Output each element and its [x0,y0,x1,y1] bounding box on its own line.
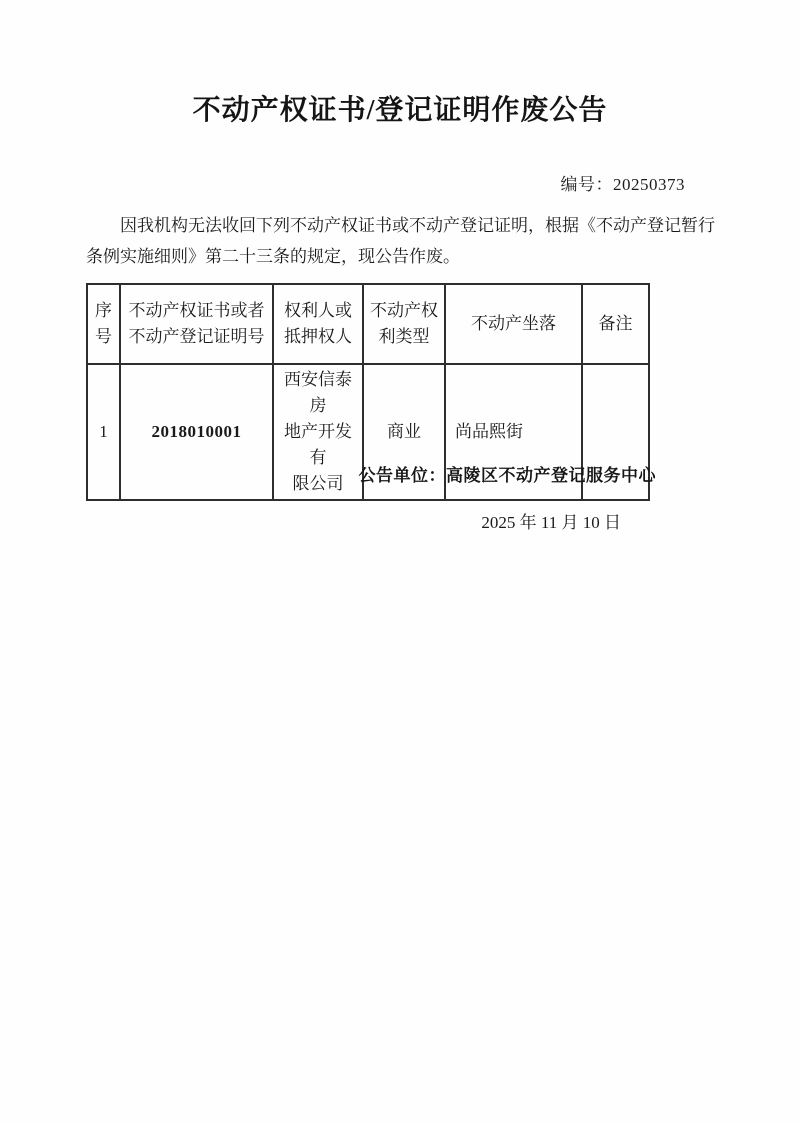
table-header-row: 序 号 不动产权证书或者 不动产登记证明号 权利人或 抵押权人 不动产权 利类型… [87,284,649,364]
col-header-location: 不动产坐落 [445,284,582,364]
issuer-line: 公告单位：高陵区不动产登记服务中心 [359,461,657,486]
page-title: 不动产权证书/登记证明作废公告 [0,88,800,128]
cell-serial: 1 [87,364,120,500]
col-header-right-type: 不动产权 利类型 [363,284,445,364]
col-header-certificate-number: 不动产权证书或者 不动产登记证明号 [120,284,273,364]
document-page: 不动产权证书/登记证明作废公告 编号：20250373 因我机构无法收回下列不动… [0,0,800,1122]
cell-certificate-number: 2018010001 [120,364,273,500]
body-paragraph: 因我机构无法收回下列不动产权证书或不动产登记证明，根据《不动产登记暂行条例实施细… [86,210,718,272]
date-line: 2025 年 11 月 10 日 [481,508,621,533]
col-header-holder: 权利人或 抵押权人 [273,284,363,364]
doc-number: 编号：20250373 [561,170,686,195]
cell-holder: 西安信泰房 地产开发有 限公司 [273,364,363,500]
col-header-remark: 备注 [582,284,649,364]
col-header-serial: 序 号 [87,284,120,364]
